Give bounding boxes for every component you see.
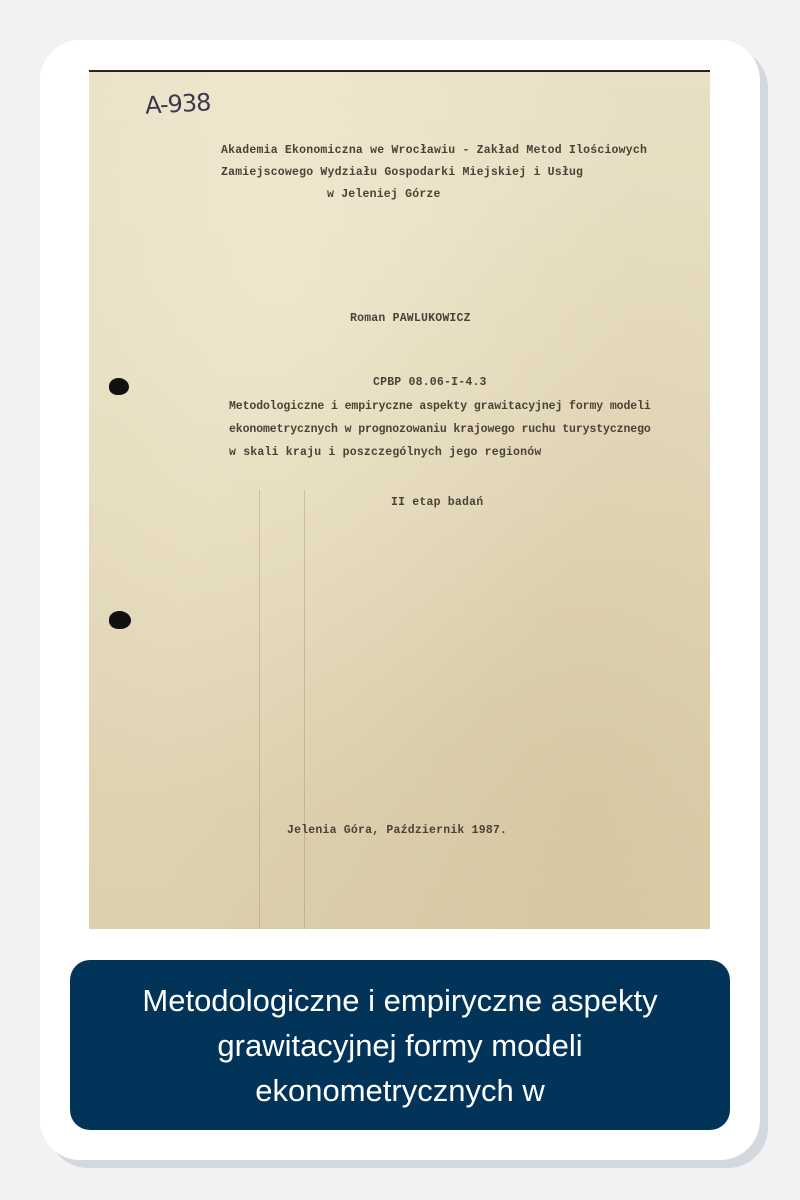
research-stage: II etap badań [391,496,483,509]
institution-line-1: Akademia Ekonomiczna we Wrocławiu - Zakł… [221,144,647,157]
title-line-2: ekonometrycznych w prognozowaniu krajowe… [229,423,651,436]
place-and-date: Jelenia Góra, Październik 1987. [287,824,507,837]
document-scan-image[interactable]: A-938 Akademia Ekonomiczna we Wrocławiu … [89,70,710,929]
archive-number: A-938 [144,88,211,119]
project-code: CPBP 08.06-I-4.3 [373,376,487,389]
institution-line-2: Zamiejscowego Wydziału Gospodarki Miejsk… [221,166,583,179]
paper-crease [259,490,260,929]
title-line-1: Metodologiczne i empiryczne aspekty graw… [229,400,651,413]
caption-title: Metodologiczne i empiryczne aspekty graw… [90,978,710,1113]
author-name: Roman PAWLUKOWICZ [350,312,471,325]
punch-hole [109,378,129,395]
paper-crease [304,490,305,929]
punch-hole [109,611,131,629]
caption-box[interactable]: Metodologiczne i empiryczne aspekty graw… [70,960,730,1130]
institution-line-3: w Jeleniej Górze [327,188,441,201]
title-line-3: w skali kraju i poszczególnych jego regi… [229,446,541,459]
